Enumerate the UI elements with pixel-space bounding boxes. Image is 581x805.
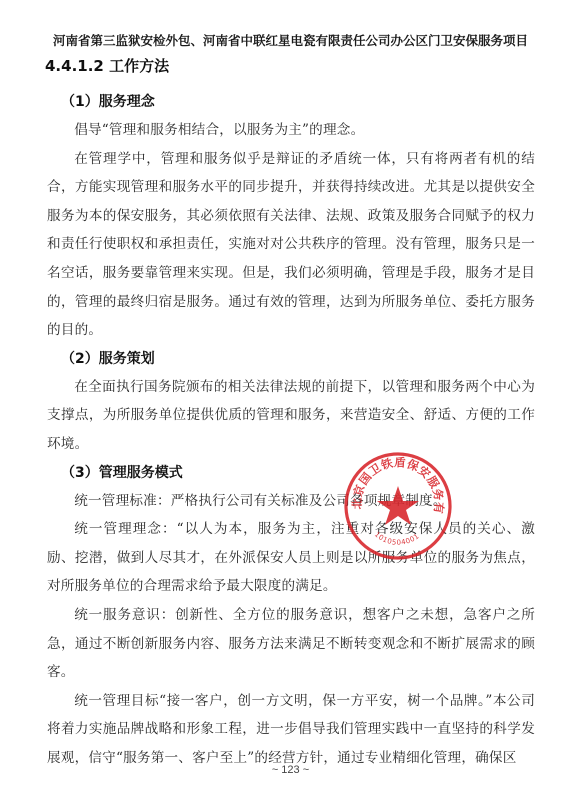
running-header: 河南省第三监狱安检外包、河南省中联红星电瓷有限责任公司办公区门卫安保服务项目 [0,31,581,49]
paragraph: 统一管理标准：严格执行公司有关标准及公司各项规章制度。 [47,487,535,516]
paragraph: 倡导“管理和服务相结合，以服务为主”的理念。 [47,116,535,145]
subheading-management-service-mode: （3）管理服务模式 [47,459,535,487]
page-number: ~ 123 ~ [0,764,581,776]
document-page: 河南省第三监狱安检外包、河南省中联红星电瓷有限责任公司办公区门卫安保服务项目 4… [0,0,581,805]
paragraph: 在全面执行国务院颁布的相关法律法规的前提下，以管理和服务两个中心为支撑点，为所服… [47,373,535,459]
paragraph: 在管理学中，管理和服务似乎是辩证的矛盾统一体，只有将两者有机的结合，方能实现管理… [47,145,535,345]
subheading-service-planning: （2）服务策划 [47,345,535,373]
section-title: 4.4.1.2 工作方法 [45,55,169,76]
paragraph: 统一管理理念：“以人为本，服务为主，注重对各级安保人员的关心、激励、挖潜，做到人… [47,515,535,601]
document-body: （1）服务理念 倡导“管理和服务相结合，以服务为主”的理念。 在管理学中，管理和… [47,88,535,772]
paragraph: 统一管理目标“接一客户，创一方文明，保一方平安，树一个品牌。”本公司将着力实施品… [47,687,535,773]
subheading-service-concept: （1）服务理念 [47,88,535,116]
paragraph: 统一服务意识：创新性、全方位的服务意识，想客户之未想，急客户之所急，通过不断创新… [47,601,535,687]
